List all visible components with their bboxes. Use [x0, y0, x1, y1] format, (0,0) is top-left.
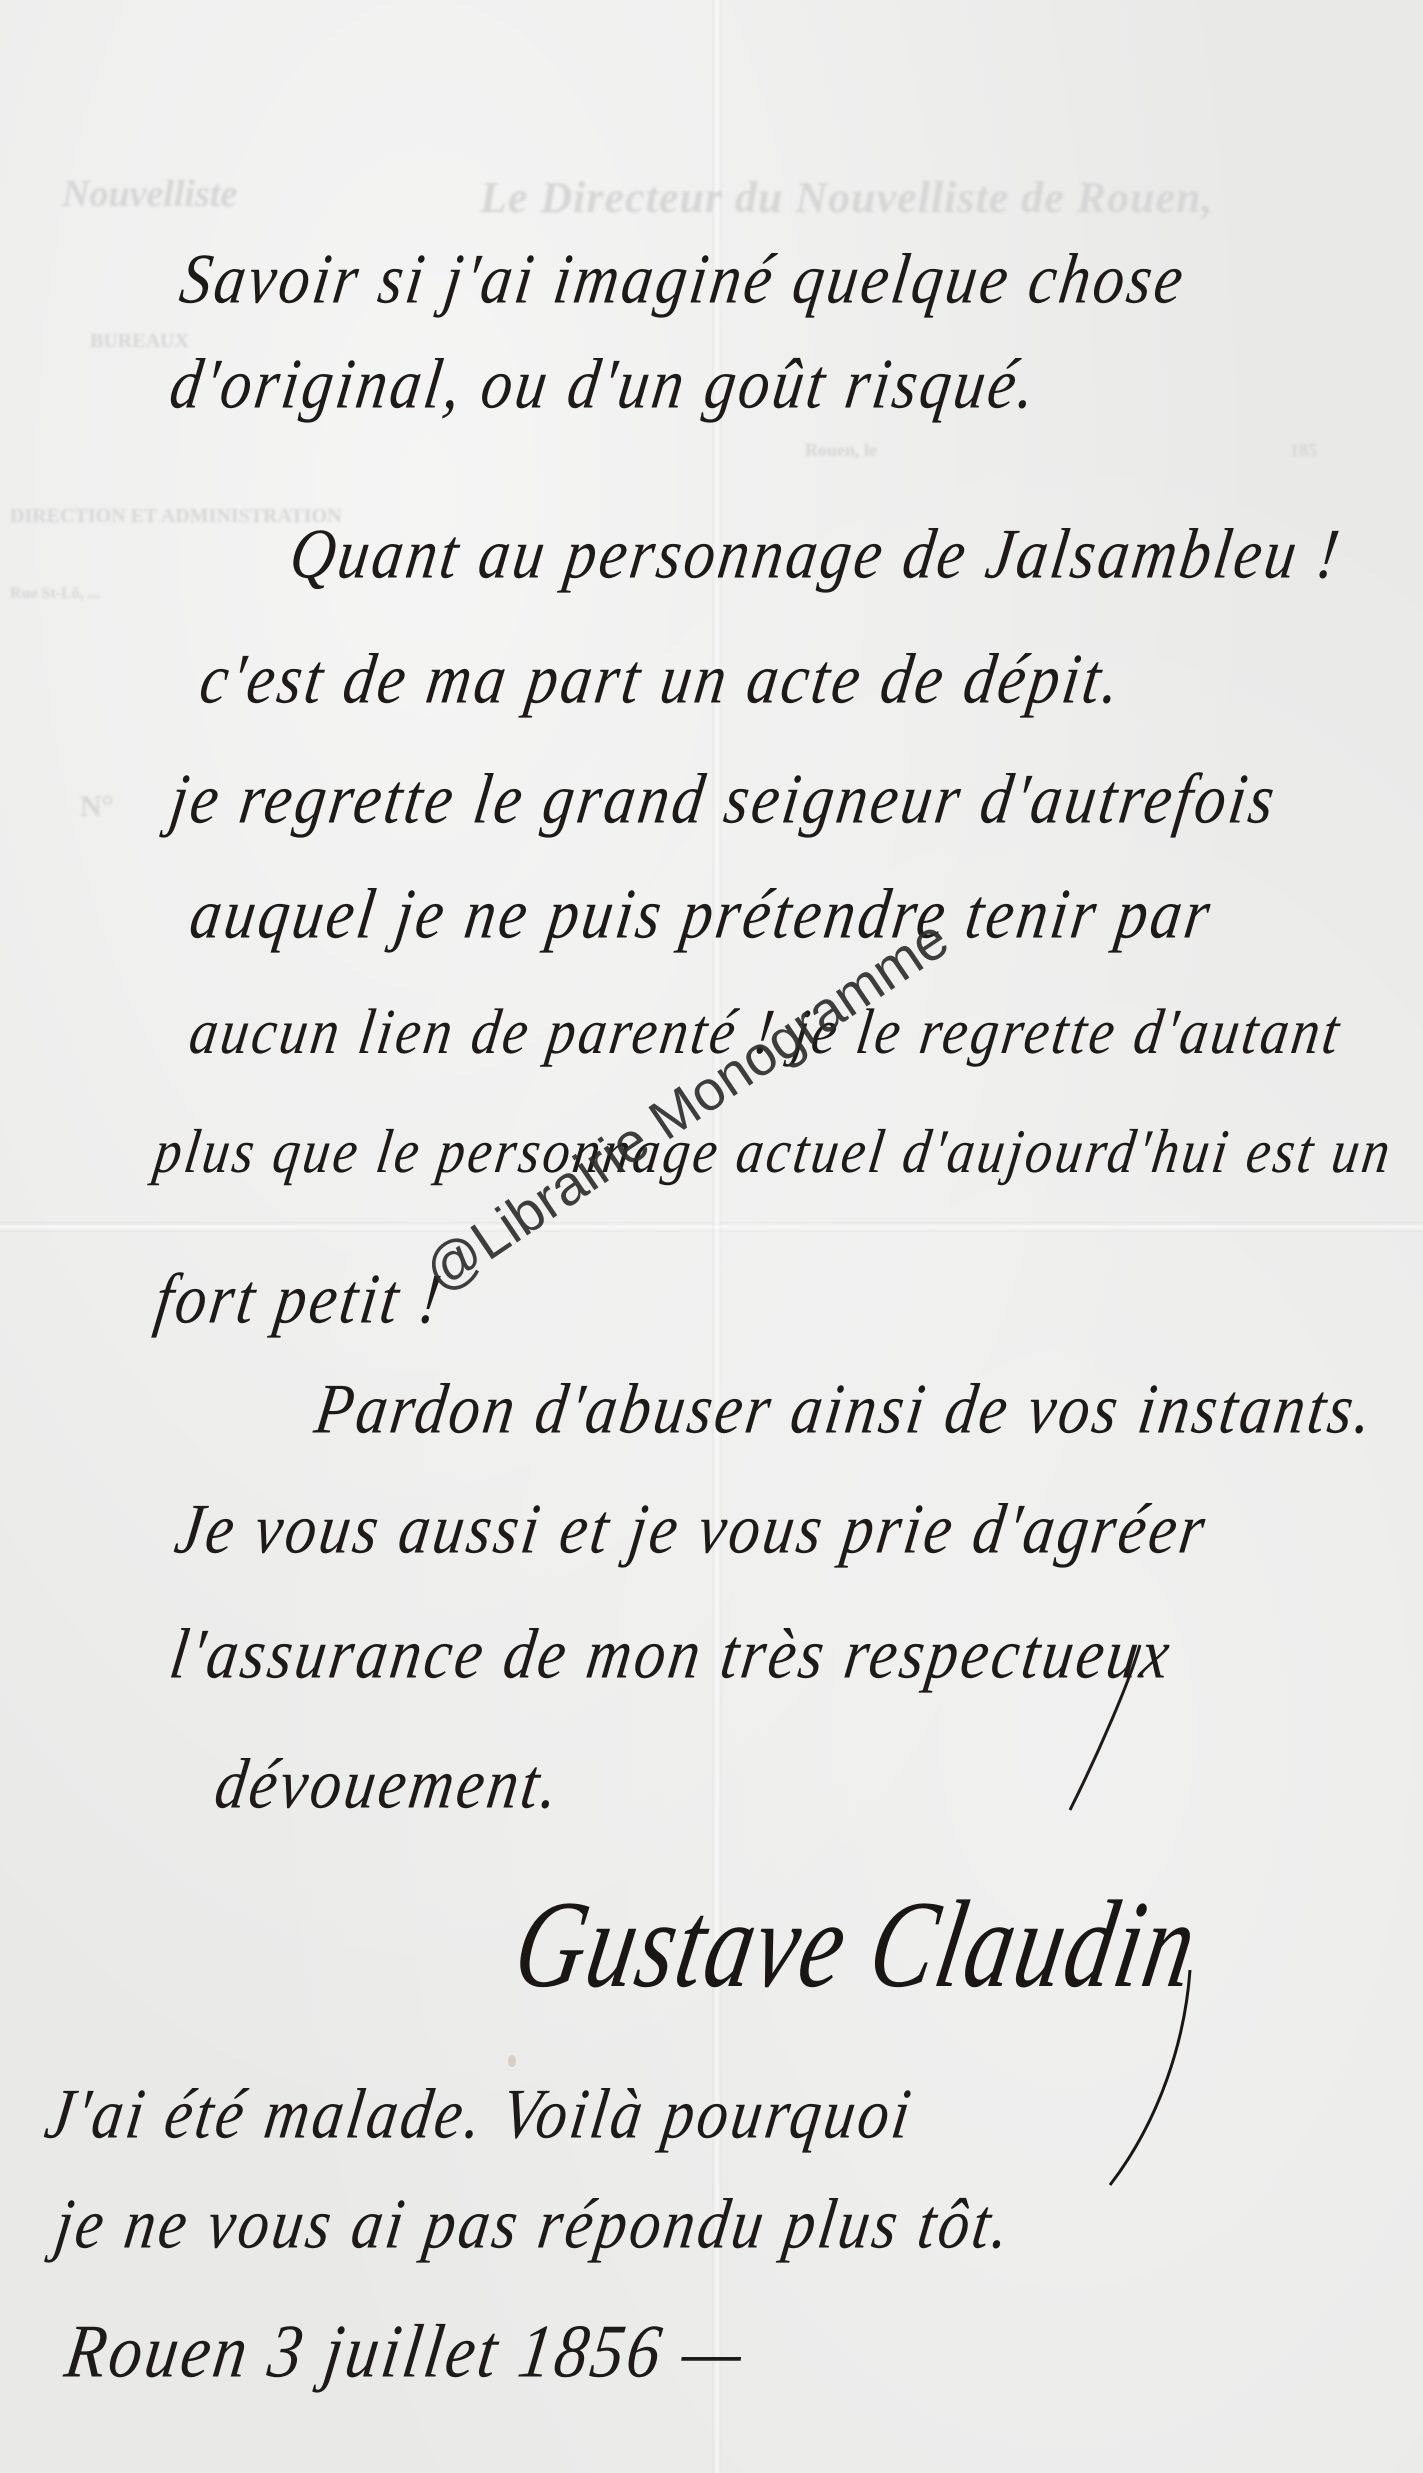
body-line-6: auquel je ne puis prétendre tenir par: [185, 874, 1218, 956]
letterhead-year: 185: [1290, 440, 1317, 461]
dateline: Rouen 3 juillet 1856 —: [60, 2309, 751, 2396]
body-line-4: c'est de ma part un acte de dépit.: [195, 639, 1128, 721]
letter-page: Nouvelliste Le Directeur du Nouvelliste …: [0, 0, 1423, 2473]
letterhead-bureaux: BUREAUX: [90, 330, 189, 353]
letterhead-right-title: Le Directeur du Nouvelliste de Rouen,: [480, 172, 1214, 223]
body-line-9: fort petit !: [150, 1259, 449, 1341]
body-line-13: dévouement.: [210, 1744, 566, 1826]
body-line-2: d'original, ou d'un goût risqué.: [165, 344, 1043, 426]
letterhead-address: Rue St-Lô, ...: [10, 585, 100, 603]
letterhead-number: N°: [80, 790, 114, 824]
watermark-text: @Librairie Monogramme: [412, 905, 960, 1304]
body-line-5: je regrette le grand seigneur d'autrefoi…: [165, 759, 1282, 841]
body-line-8: plus que le personnage actuel d'aujourd'…: [150, 1116, 1397, 1187]
body-line-10: Pardon d'abuser ainsi de vos instants.: [310, 1369, 1380, 1451]
letterhead-date-prefix: Rouen, le: [805, 440, 877, 461]
postscript-line-2: je ne vous ai pas répondu plus tôt.: [50, 2184, 1017, 2266]
ink-spot: [508, 2055, 516, 2067]
body-line-3: Quant au personnage de Jalsambleu !: [285, 514, 1347, 596]
letterhead-direction: DIRECTION ET ADMINISTRATION: [10, 505, 342, 528]
postscript-line-1: J'ai été malade. Voilà pourquoi: [40, 2074, 918, 2156]
body-line-11: Je vous aussi et je vous prie d'agréer: [170, 1489, 1213, 1571]
body-line-1: Savoir si j'ai imaginé quelque chose: [175, 239, 1191, 321]
letterhead-left-title: Nouvelliste: [62, 172, 237, 216]
body-line-12: l'assurance de mon très respectueux: [165, 1614, 1177, 1696]
signature-flourish-icon: [1090, 1960, 1210, 2190]
closing-flourish-icon: [1060, 1640, 1150, 1820]
